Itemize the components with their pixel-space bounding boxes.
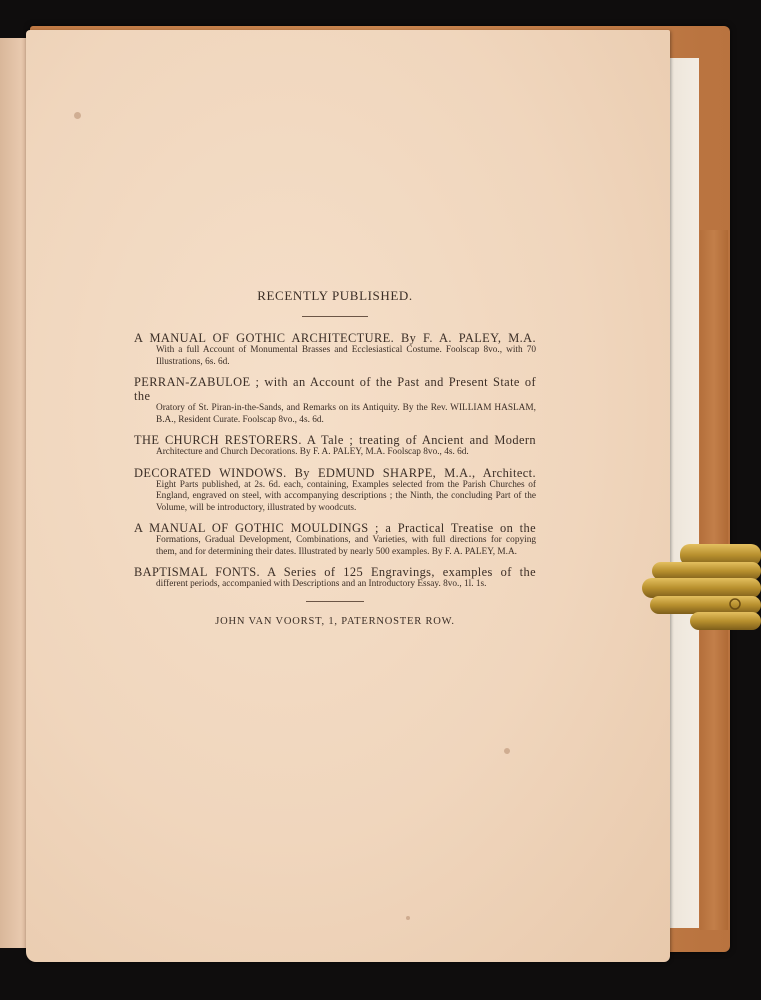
book-entry: PERRAN-ZABULOE ; with an Account of the … (134, 375, 536, 426)
entry-body: Eight Parts published, at 2s. 6d. each, … (134, 480, 536, 515)
entry-body: Formations, Gradual Development, Combina… (134, 535, 536, 558)
entry-body: With a full Account of Monumental Brasse… (134, 345, 536, 368)
brass-hand-clip-icon (640, 540, 761, 634)
endpaper (665, 58, 699, 928)
entry-body: different periods, accompanied with Desc… (134, 579, 536, 591)
entry-title: A MANUAL OF GOTHIC ARCHITECTURE. By F. A… (134, 331, 536, 345)
entry-title: THE CHURCH RESTORERS. A Tale ; treating … (134, 433, 536, 447)
divider (306, 601, 364, 602)
entry-title: A MANUAL OF GOTHIC MOULDINGS ; a Practic… (134, 521, 536, 535)
page-heading: RECENTLY PUBLISHED. (134, 288, 536, 304)
foxing-spot (74, 112, 81, 119)
foxing-spot (406, 916, 410, 920)
publisher-imprint: JOHN VAN VOORST, 1, PATERNOSTER ROW. (134, 616, 536, 627)
entry-title: BAPTISMAL FONTS. A Series of 125 Engravi… (134, 565, 536, 579)
book-entry: A MANUAL OF GOTHIC MOULDINGS ; a Practic… (134, 521, 536, 558)
entry-body: Oratory of St. Piran-in-the-Sands, and R… (134, 403, 536, 426)
entry-title: PERRAN-ZABULOE ; with an Account of the … (134, 375, 536, 403)
divider (302, 316, 368, 317)
entry-title: DECORATED WINDOWS. By EDMUND SHARPE, M.A… (134, 466, 536, 480)
book-entry: BAPTISMAL FONTS. A Series of 125 Engravi… (134, 565, 536, 591)
book-entry: A MANUAL OF GOTHIC ARCHITECTURE. By F. A… (134, 331, 536, 368)
book-entry: THE CHURCH RESTORERS. A Tale ; treating … (134, 433, 536, 459)
advertisement-text: RECENTLY PUBLISHED. A MANUAL OF GOTHIC A… (134, 288, 536, 627)
entry-body: Architecture and Church Decorations. By … (134, 447, 536, 459)
foxing-spot (504, 748, 510, 754)
book-entry: DECORATED WINDOWS. By EDMUND SHARPE, M.A… (134, 466, 536, 515)
